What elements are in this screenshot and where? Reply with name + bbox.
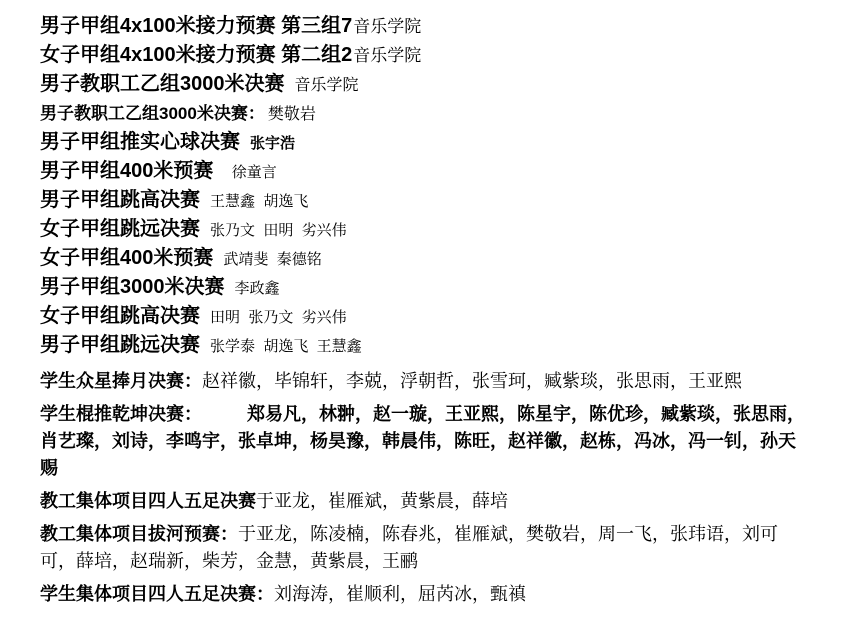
event-participants: 张学泰 胡逸飞 王慧鑫	[210, 338, 362, 355]
event-result-line: 女子甲组跳高决赛田明 张乃文 劣兴伟	[40, 302, 810, 331]
event-title: 男子甲组跳高决赛	[40, 189, 200, 211]
team-participants: 赵祥徽，毕锦轩，李兢，浮朝哲，张雪珂，臧紫琰，张思雨，王亚熙	[202, 371, 742, 391]
event-result-line: 男子甲组400米预赛 徐童言	[40, 157, 810, 186]
event-title: 女子甲组400米预赛	[40, 247, 213, 269]
team-event-title: 学生众星捧月决赛：	[40, 371, 202, 391]
team-participants: 刘海涛，崔顺利，屈芮冰，甄禛	[274, 584, 526, 604]
event-result-line: 男子甲组跳高决赛王慧鑫 胡逸飞	[40, 186, 810, 215]
event-title: 男子甲组跳远决赛	[40, 334, 200, 356]
event-result-line: 女子甲组4x100米接力预赛 第二组2音乐学院	[40, 41, 810, 70]
team-participants: 于亚龙，崔雁斌，黄紫晨，薛培	[256, 491, 508, 511]
event-participants: 音乐学院	[295, 77, 359, 94]
event-result-line: 男子教职工乙组3000米决赛：樊敬岩	[40, 99, 810, 128]
team-result-paragraph: 教工集体项目拔河预赛：于亚龙，陈凌楠，陈春兆，崔雁斌，樊敬岩，周一飞，张玮语，刘…	[40, 521, 810, 575]
event-title: 男子教职工乙组3000米决赛：	[40, 104, 265, 123]
event-title: 男子甲组3000米决赛	[40, 276, 225, 298]
event-participants: 武靖斐 秦德铭	[223, 251, 321, 268]
team-event-title: 学生集体项目四人五足决赛：	[40, 584, 274, 604]
results-document: 男子甲组4x100米接力预赛 第三组7音乐学院 女子甲组4x100米接力预赛 第…	[0, 0, 846, 608]
event-participants: 音乐学院	[353, 46, 421, 65]
event-participants: 徐童言	[223, 164, 276, 181]
team-event-title: 学生棍推乾坤决赛：	[40, 404, 193, 424]
event-result-line: 男子甲组3000米决赛李政鑫	[40, 273, 810, 302]
team-event-title: 教工集体项目拔河预赛：	[40, 524, 238, 544]
event-participants: 王慧鑫 胡逸飞	[210, 193, 308, 210]
event-participants: 樊敬岩	[268, 106, 316, 123]
event-title: 女子甲组跳高决赛	[40, 305, 200, 327]
event-title: 男子甲组400米预赛	[40, 160, 213, 182]
event-title: 男子甲组推实心球决赛	[40, 131, 240, 153]
event-title: 女子甲组4x100米接力预赛 第二组2	[40, 44, 352, 66]
team-result-paragraph: 教工集体项目四人五足决赛于亚龙，崔雁斌，黄紫晨，薛培	[40, 488, 810, 515]
event-title: 女子甲组跳远决赛	[40, 218, 200, 240]
event-participants: 张乃文 田明 劣兴伟	[210, 222, 347, 239]
event-participants: 李政鑫	[235, 280, 280, 297]
team-results-list: 学生众星捧月决赛：赵祥徽，毕锦轩，李兢，浮朝哲，张雪珂，臧紫琰，张思雨，王亚熙 …	[40, 368, 810, 608]
event-result-line: 男子甲组推实心球决赛张宇浩	[40, 128, 810, 157]
team-result-paragraph: 学生棍推乾坤决赛： 郑易凡，林翀，赵一璇，王亚熙，陈星宇，陈优珍，臧紫琰，张思雨…	[40, 401, 810, 482]
event-result-line: 女子甲组400米预赛武靖斐 秦德铭	[40, 244, 810, 273]
event-results-list: 男子甲组4x100米接力预赛 第三组7音乐学院 女子甲组4x100米接力预赛 第…	[40, 12, 810, 360]
event-title: 男子教职工乙组3000米决赛	[40, 73, 285, 95]
event-result-line: 男子甲组4x100米接力预赛 第三组7音乐学院	[40, 12, 810, 41]
event-result-line: 男子甲组跳远决赛张学泰 胡逸飞 王慧鑫	[40, 331, 810, 360]
event-participants: 田明 张乃文 劣兴伟	[210, 309, 347, 326]
team-result-paragraph: 学生集体项目四人五足决赛：刘海涛，崔顺利，屈芮冰，甄禛	[40, 581, 810, 608]
event-result-line: 男子教职工乙组3000米决赛音乐学院	[40, 70, 810, 99]
team-event-title: 教工集体项目四人五足决赛	[40, 491, 256, 511]
event-title: 男子甲组4x100米接力预赛 第三组7	[40, 15, 352, 37]
team-result-paragraph: 学生众星捧月决赛：赵祥徽，毕锦轩，李兢，浮朝哲，张雪珂，臧紫琰，张思雨，王亚熙	[40, 368, 810, 395]
event-participants: 张宇浩	[250, 135, 295, 152]
event-result-line: 女子甲组跳远决赛张乃文 田明 劣兴伟	[40, 215, 810, 244]
event-participants: 音乐学院	[353, 17, 421, 36]
